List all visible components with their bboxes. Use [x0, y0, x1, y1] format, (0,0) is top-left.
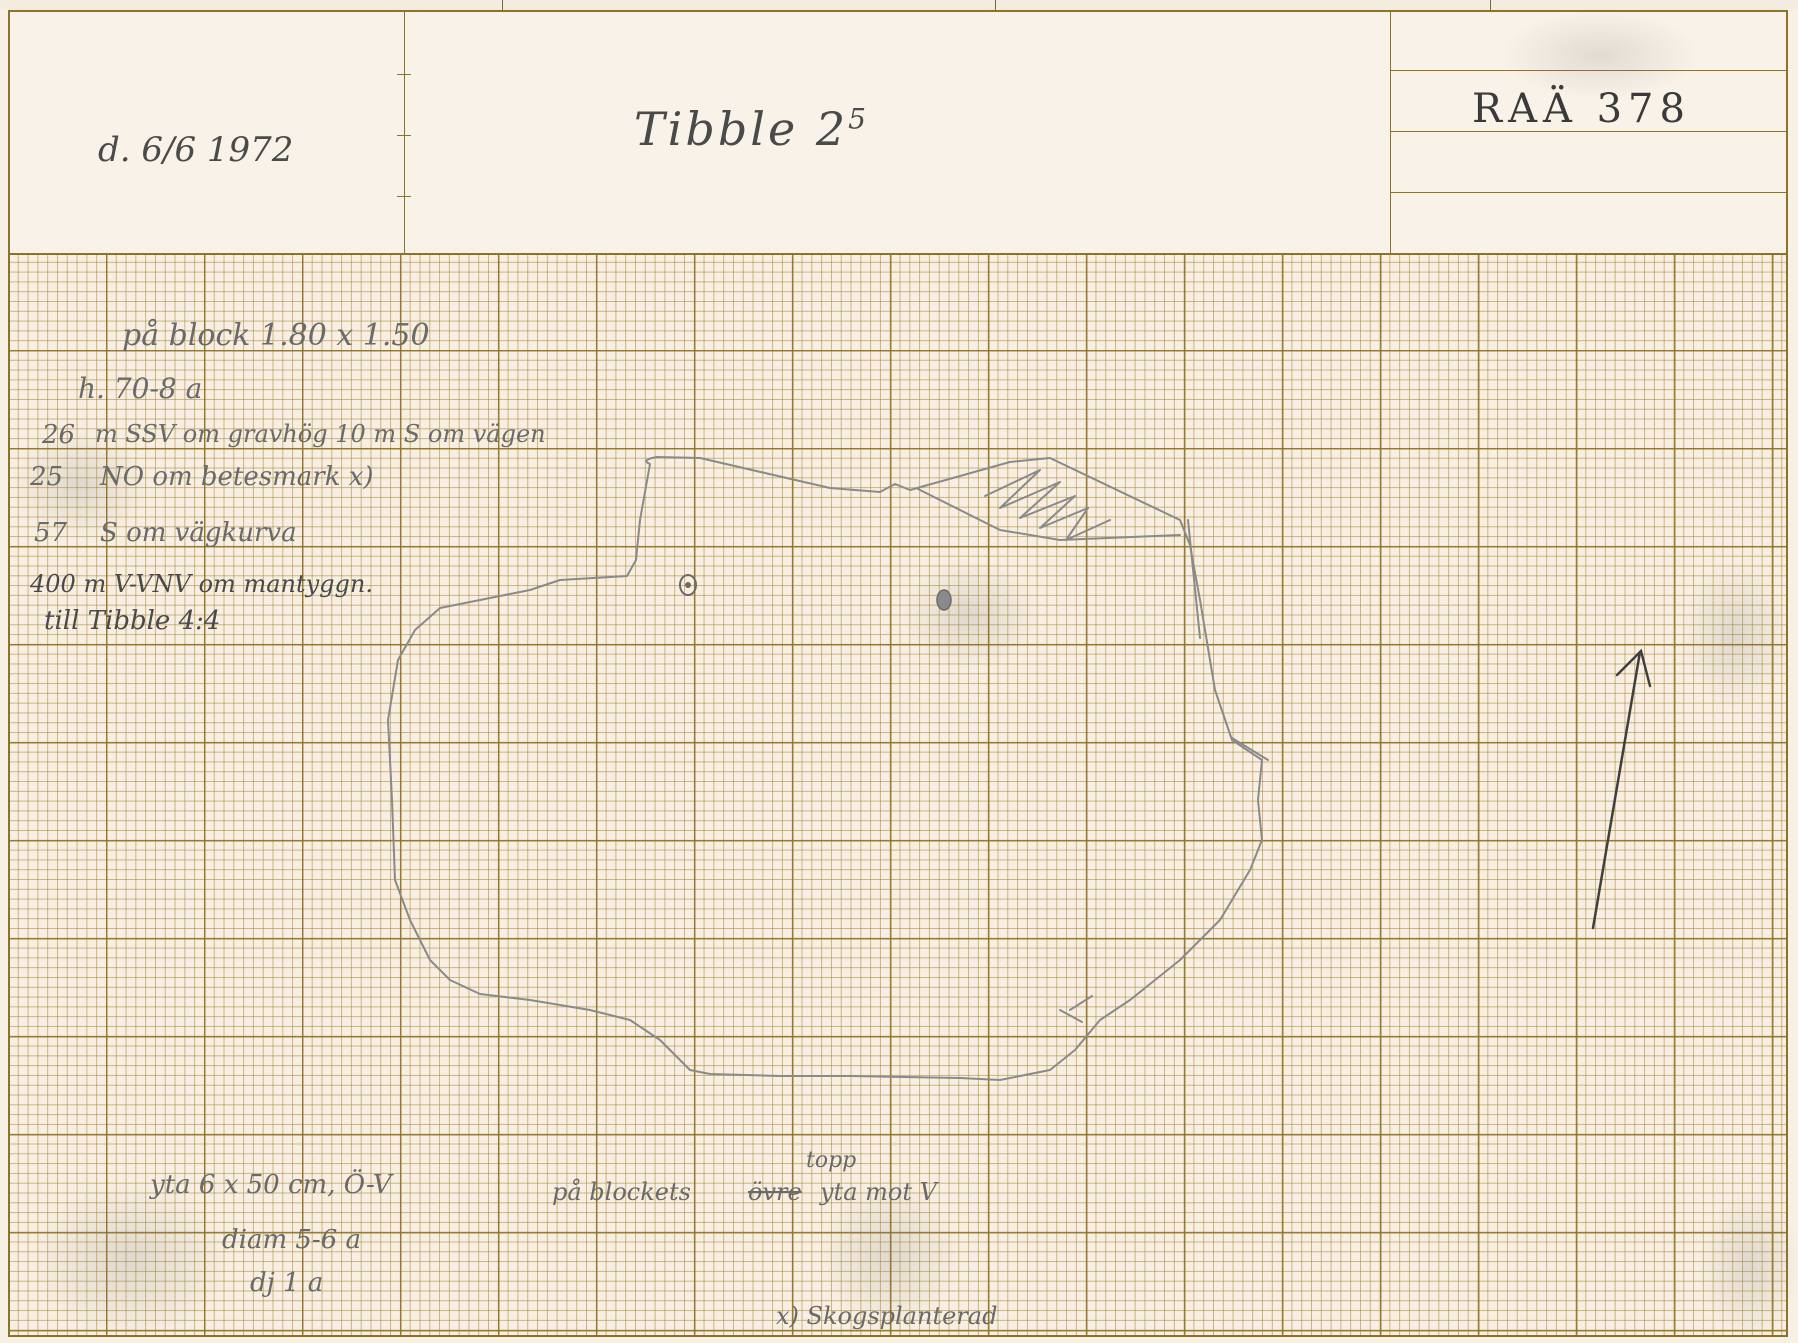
block-drawing — [0, 0, 1798, 1343]
marker-icon — [685, 582, 691, 588]
edge-tick — [1188, 520, 1268, 760]
north-arrow-icon — [1593, 651, 1650, 928]
drill-markers — [680, 575, 951, 610]
hatch-area — [918, 489, 1180, 540]
block-outline — [388, 457, 1262, 1080]
record-card: d. 6/6 1972 Tibble 25 RAÄ 378 på block 1… — [0, 0, 1798, 1343]
marker-icon — [937, 590, 951, 610]
hatch-strokes — [985, 470, 1110, 540]
edge-tick — [1060, 996, 1092, 1022]
